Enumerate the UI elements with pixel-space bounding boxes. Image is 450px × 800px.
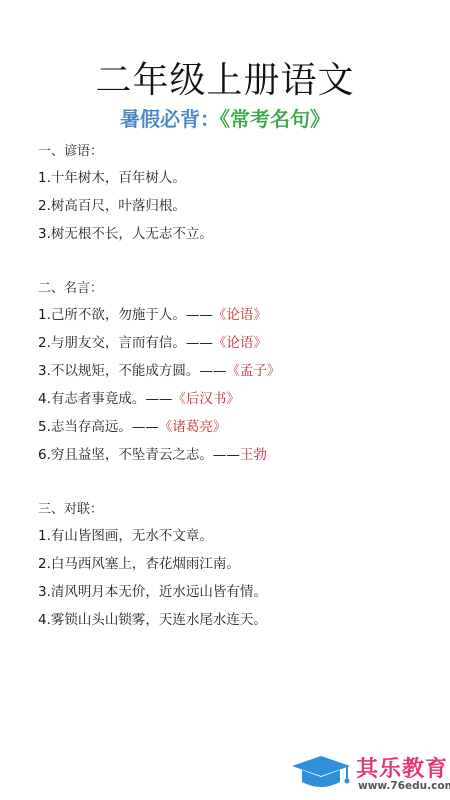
list-item: 4.雾锁山头山锁雾，天连水尾水连天。: [38, 608, 267, 628]
list-item: 2.树高百尺，叶落归根。: [38, 194, 186, 214]
quote-text: 6.穷且益坚，不坠青云之志。——: [38, 447, 240, 463]
subtitle-prefix: 暑假必背：: [120, 107, 220, 131]
list-item: 6.穷且益坚，不坠青云之志。——王勃: [38, 443, 267, 463]
list-item: 3.清风明月本无价，近水远山皆有情。: [38, 580, 267, 600]
subtitle-highlight: 《常考名句》: [220, 107, 330, 131]
section-heading-quotes: 二、名言：: [38, 277, 103, 296]
quote-source: 《诸葛亮》: [159, 419, 227, 435]
quote-source: 《论语》: [213, 307, 267, 323]
quote-source: 《后汉书》: [172, 391, 240, 407]
brand-name: 其乐教育: [356, 752, 448, 783]
quote-source: 《论语》: [213, 335, 267, 351]
page-title: 二年级上册语文: [0, 52, 450, 103]
section-heading-proverbs: 一、谚语：: [38, 140, 103, 159]
section-heading-couplets: 三、对联：: [38, 498, 103, 517]
list-item: 1.己所不欲，勿施于人。——《论语》: [38, 303, 267, 323]
list-item: 4.有志者事竟成。——《后汉书》: [38, 387, 240, 407]
subtitle: 暑假必背：《常考名句》: [0, 103, 450, 132]
list-item: 3.树无根不长，人无志不立。: [38, 222, 213, 242]
watermark-logo: 其乐教育 www.76edu.com: [290, 752, 450, 792]
quote-text: 4.有志者事竟成。——: [38, 391, 172, 407]
list-item: 1.十年树木，百年树人。: [38, 166, 186, 186]
quote-text: 2.与朋友交，言而有信。——: [38, 335, 213, 351]
list-item: 3.不以规矩，不能成方圆。——《孟子》: [38, 359, 280, 379]
list-item: 1.有山皆图画，无水不文章。: [38, 524, 213, 544]
list-item: 5.志当存高远。——《诸葛亮》: [38, 415, 226, 435]
quote-text: 3.不以规矩，不能成方圆。——: [38, 363, 226, 379]
list-item: 2.与朋友交，言而有信。——《论语》: [38, 331, 267, 351]
quote-text: 5.志当存高远。——: [38, 419, 159, 435]
list-item: 2.白马西风塞上，杏花烟雨江南。: [38, 552, 240, 572]
quote-text: 1.己所不欲，勿施于人。——: [38, 307, 213, 323]
quote-source: 《孟子》: [226, 363, 280, 379]
graduation-cap-icon: [290, 752, 352, 792]
quote-source: 王勃: [240, 447, 267, 463]
brand-url: www.76edu.com: [358, 780, 450, 792]
